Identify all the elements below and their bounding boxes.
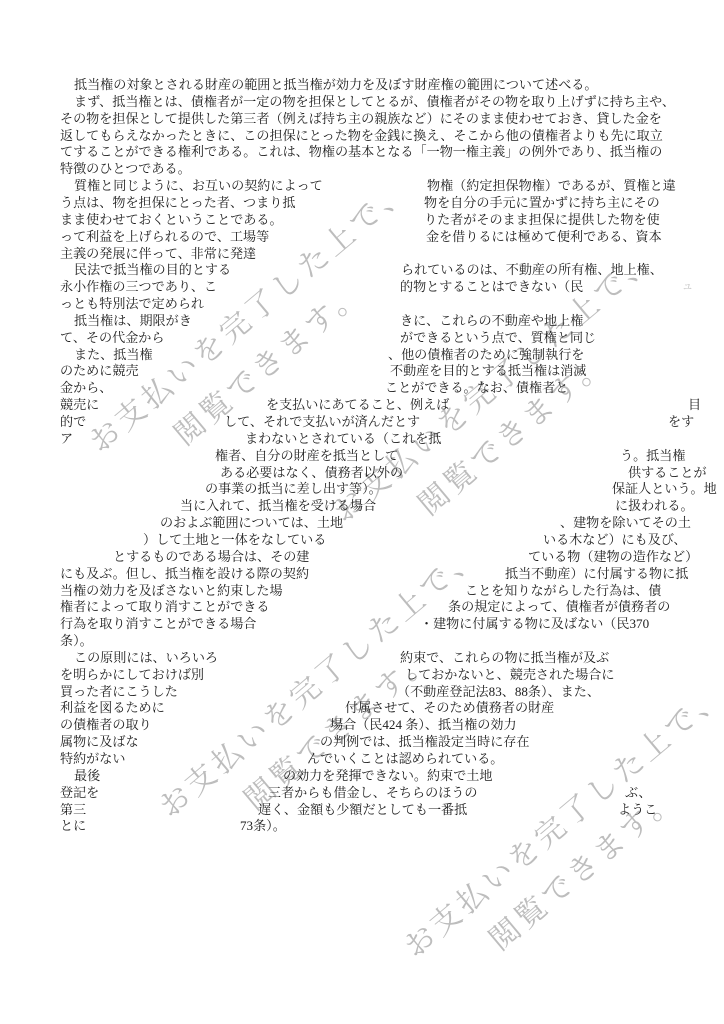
text-line-10: って利益を上げられるので、工場等金を借りるには極めて便利である、資本 [0,229,724,246]
text-segment: ができるという点で、質権と同じ [400,330,596,346]
text-line-20: 競売にを支払いにあてること、例えば目 [0,397,724,414]
text-line-43: 登記を三者からも借金し、そちらのほうのぶ、 [0,785,724,802]
text-segment: とするものである場合は、その建 [113,549,309,565]
text-segment: にも及ぶ。但し、抵当権を設ける際の契約 [60,566,309,582]
text-segment: 民法で抵当権の目的とする [74,262,231,278]
text-segment: 抵当権の対象とされる財産の範囲と抵当権が効力を及ぼす財産権の範囲について述べる。 [74,77,598,93]
text-line-5: てすることができる権利である。これは、物権の基本となる「一物一権主義」の例外であ… [0,144,724,161]
text-line-18: のために競売不動産を目的とする抵当権は消滅 [0,363,724,380]
document-text-layer: 抵当権の対象とされる財産の範囲と抵当権が効力を及ぼす財産権の範囲について述べる。… [0,0,724,1024]
text-segment: ている物（建物の造作など） [528,549,698,565]
text-line-30: にも及ぶ。但し、抵当権を設ける際の契約抵当不動産）に付属する物に抵 [0,566,724,583]
text-line-26: 当に入れて、抵当権を受ける場合に扱われる。 [0,498,724,515]
text-line-36: を明らかにしておけば別しておかないと、競売された場合に [0,667,724,684]
text-segment: られているのは、不動産の所有権、地上権、 [401,262,663,278]
text-segment: 条の規定によって、債権者が債務者の [448,599,670,615]
text-line-45: とに73条）。 [0,818,724,835]
text-line-19: 金から、ことができる。なお、債権者と [0,380,724,397]
text-line-23: 権者、自分の財産を抵当としてう。抵当権 [0,448,724,465]
text-line-8: う点は、物を担保にとった者、つまり抵物を自分の手元に置かずに持ち主にその [0,195,724,212]
text-line-2: まず、抵当権とは、債権者が一定の物を担保としてとるが、債権者がその物を取り上げず… [0,94,724,111]
text-segment: 保証人という。地 [612,481,717,497]
text-segment: 物権（約定担保物権）であるが、質権と違 [427,178,676,194]
text-line-31: 当権の効力を及ぼさないと約束した場ことを知りながらした行為は、債 [0,583,724,600]
text-segment: 、他の債権者のために強制執行を [388,347,584,363]
text-segment: 付属させて、そのため債務者の財産 [345,700,554,716]
text-segment: の効力を発揮できない。約束で土地 [283,768,493,784]
text-segment: 抵当権は、期限がき [74,313,192,329]
text-segment: この原則には、いろいろ [74,650,218,666]
text-line-1: 抵当権の対象とされる財産の範囲と抵当権が効力を及ぼす財産権の範囲について述べる。 [0,77,724,94]
text-line-6: 特徴のひとつである。 [0,161,724,178]
text-segment: の判例では、抵当権設定当時に存在 [320,734,530,750]
text-line-33: 行為を取り消すことができる場合・建物に付属する物に及ばない（民370 [0,616,724,633]
text-segment: その物を担保として提供した第三者（例えば持ち主の親族など）にそのまま使わせておき… [60,111,662,127]
text-line-27: のおよぶ範囲については、土地、建物を除いてその土 [0,515,724,532]
text-segment: 質権と同じように、お互いの契約によって [74,178,323,194]
text-segment: とに [60,818,86,834]
text-segment: 返してもらえなかったときに、この担保にとった物を金銭に換え、そこから他の債権者よ… [60,128,663,144]
text-segment: ア [60,431,73,447]
text-segment: 特徴のひとつである。 [60,161,191,177]
text-segment: を支払いにあてること、例えば [266,397,449,413]
text-segment: まず、抵当権とは、債権者が一定の物を担保としてとるが、債権者がその物を取り上げず… [74,94,675,110]
text-line-40: 属物に及ばなの判例では、抵当権設定当時に存在 [0,734,724,751]
text-segment: 抵当不動産）に付属する物に抵 [505,566,688,582]
text-line-15: 抵当権は、期限がききに、これらの不動産や地上権 [0,313,724,330]
text-segment: 物を自分の手元に置かずに持ち主にその [424,195,660,211]
text-segment: 競売に [60,397,99,413]
text-segment: きに、これらの不動産や地上権 [400,313,583,329]
text-segment: のおよぶ範囲については、土地 [160,515,343,531]
text-segment: 供することが [628,465,707,481]
text-segment: の事業の抵当に差し出す等）。 [205,481,382,497]
text-line-44: 第三遅く、金額も少額だとしても一番抵ようこ [0,802,724,819]
text-segment: りた者がそのまま担保に提供した物を使 [424,212,660,228]
text-line-42: 最後の効力を発揮できない。約束で土地 [0,768,724,785]
document-page: お支払いを完了した上で、閲覧できます。お支払いを完了した上で、閲覧できます。お支… [0,0,724,1024]
text-line-14: っとも特別法で定められ [0,296,724,313]
text-segment: 、建物を除いてその土 [560,515,691,531]
text-segment: う。抵当権 [620,448,685,464]
text-segment: まわないとされている（これを抵 [245,431,441,447]
text-line-25: の事業の抵当に差し出す等）。保証人という。地 [0,481,724,498]
text-segment: 登記を [60,785,99,801]
text-segment: 永小作権の三つであり、こ [60,279,217,295]
text-segment: 三者からも借金し、そちらのほうの [268,785,478,801]
text-line-4: 返してもらえなかったときに、この担保にとった物を金銭に換え、そこから他の債権者よ… [0,128,724,145]
text-line-28: ）して土地と一体をなしているいる木など）にも及び、 [0,532,724,549]
text-line-7: 質権と同じように、お互いの契約によって物権（約定担保物権）であるが、質権と違 [0,178,724,195]
text-segment: また、抵当権 [74,347,153,363]
text-line-11: 主義の発展に伴って、非常に発達 [0,246,724,263]
text-segment: ことを知りながらした行為は、債 [465,583,661,599]
text-line-35: この原則には、いろいろ約束で、これらの物に抵当権が及ぶ [0,650,724,667]
text-line-22: アまわないとされている（これを抵 [0,431,724,448]
text-segment: 的で [60,414,86,430]
text-segment: 利益を図るために [60,700,165,716]
text-line-12: 民法で抵当権の目的とするられているのは、不動産の所有権、地上権、 [0,262,724,279]
text-line-32: 権者によって取り消すことができる条の規定によって、債権者が債務者の [0,599,724,616]
text-segment: ぶ、 [625,785,651,801]
text-segment: ある必要はなく、債務者以外の [220,465,403,481]
text-segment: っとも特別法で定められ [60,296,204,312]
text-segment: 金を借りるには極めて便利である、資本 [426,229,662,245]
text-segment: 第三 [60,802,86,818]
text-line-24: ある必要はなく、債務者以外の供することが [0,465,724,482]
text-segment: んでいくことは認められている。 [307,751,503,767]
text-segment: 的物とすることはできない（民 [400,279,583,295]
text-segment: 当権の効力を及ぼさないと約束した場 [60,583,283,599]
text-segment: 遅く、金額も少額だとしても一番抵 [258,802,467,818]
text-line-21: 的でして、それで支払いが済んだとすをす [0,414,724,431]
text-segment: ことができる。なお、債権者と [385,380,568,396]
text-segment: 条）。 [60,633,93,649]
text-line-38: 利益を図るために付属させて、そのため債務者の財産 [0,700,724,717]
text-segment: 行為を取り消すことができる場合 [60,616,256,632]
text-segment: 目 [688,397,701,413]
text-segment: 当に入れて、抵当権を受ける場合 [180,498,376,514]
text-segment: ユ [683,279,692,295]
text-segment: てすることができる権利である。これは、物権の基本となる「一物一権主義」の例外であ… [60,144,662,160]
text-segment: しておかないと、競売された場合に [405,667,615,683]
text-segment: 73条）。 [240,818,286,834]
text-segment: ようこ [618,802,657,818]
text-segment: 権者によって取り消すことができる [60,599,270,615]
text-segment: う点は、物を担保にとった者、つまり抵 [60,195,295,211]
text-line-41: 特約がないんでいくことは認められている。 [0,751,724,768]
text-segment: ）して土地と一体をなしている [143,532,326,548]
text-line-29: とするものである場合は、その建ている物（建物の造作など） [0,549,724,566]
text-segment: 場合（民424 条）、抵当権の効力 [330,717,517,733]
text-segment: を明らかにしておけば別 [60,667,204,683]
text-segment: をす [668,414,694,430]
text-segment: のために競売 [60,363,139,379]
text-segment: って利益を上げられるので、工場等 [60,229,269,245]
text-segment: 約束で、これらの物に抵当権が及ぶ [400,650,609,666]
text-line-37: 買った者にこうした（不動産登記法83、88条）、また、 [0,684,724,701]
text-segment: 特約がない [60,751,125,767]
text-segment: （不動産登記法83、88条）、また、 [397,684,600,700]
text-segment: て、その代金から [60,330,165,346]
text-segment: 権者、自分の財産を抵当として [215,448,398,464]
text-segment: いる木など）にも及び、 [543,532,687,548]
text-segment: 買った者にこうした [60,684,178,700]
text-line-3: その物を担保として提供した第三者（例えば持ち主の親族など）にそのまま使わせておき… [0,111,724,128]
text-segment: 主義の発展に伴って、非常に発達 [60,246,256,262]
text-line-16: て、その代金からができるという点で、質権と同じ [0,330,724,347]
text-line-13: 永小作権の三つであり、こ的物とすることはできない（民ユ [0,279,724,296]
text-segment: 最後 [74,768,100,784]
text-segment: の債権者の取り [60,717,152,733]
text-line-9: まま使わせておくということである。りた者がそのまま担保に提供した物を使 [0,212,724,229]
text-line-39: の債権者の取り場合（民424 条）、抵当権の効力 [0,717,724,734]
text-segment: に扱われる。 [615,498,694,514]
text-line-34: 条）。 [0,633,724,650]
text-segment: 属物に及ばな [60,734,139,750]
text-segment: ・建物に付属する物に及ばない（民370 [420,616,649,632]
text-segment: して、それで支払いが済んだとす [224,414,420,430]
text-segment: まま使わせておくということである。 [60,212,283,228]
text-segment: 金から、 [60,380,112,396]
text-segment: 不動産を目的とする抵当権は消滅 [390,363,586,379]
text-line-17: また、抵当権、他の債権者のために強制執行を [0,347,724,364]
